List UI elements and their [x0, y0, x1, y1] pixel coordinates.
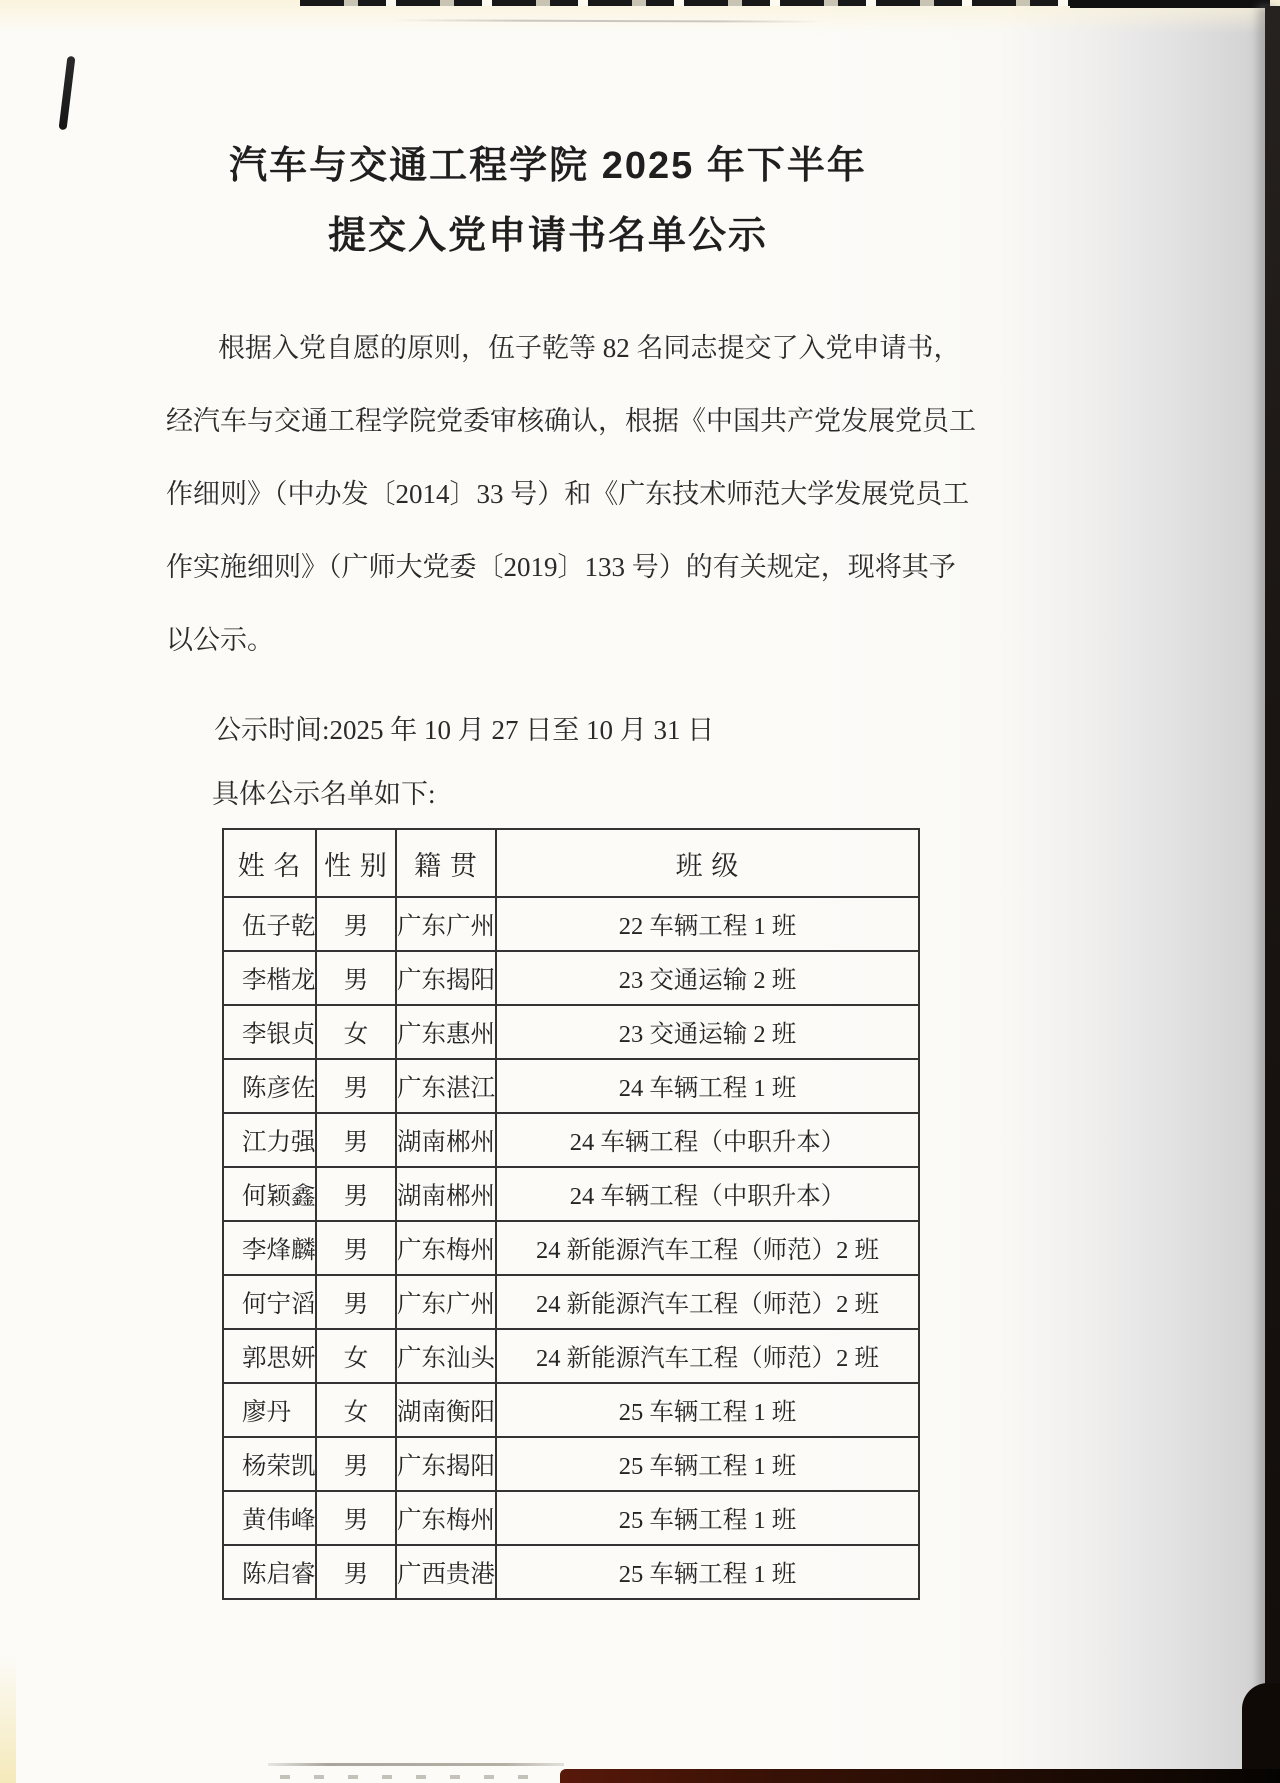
scan-bottom-right-artifact: [1242, 1683, 1280, 1783]
cell-gender: 男: [316, 1275, 396, 1329]
table-row: 李银贞 女 广东惠州 23 交通运输 2 班: [223, 1005, 919, 1059]
cell-name: 江力强: [223, 1113, 316, 1167]
cell-origin: 广东揭阳: [396, 1437, 496, 1491]
cell-origin: 广东揭阳: [396, 951, 496, 1005]
cell-origin: 湖南郴州: [396, 1113, 496, 1167]
cell-class: 25 车辆工程 1 班: [496, 1383, 919, 1437]
table-row: 郭思妍 女 广东汕头 24 新能源汽车工程（师范）2 班: [223, 1329, 919, 1383]
cell-gender: 男: [316, 1113, 396, 1167]
header-class: 班 级: [496, 829, 919, 897]
cell-name: 陈启睿: [223, 1545, 316, 1599]
cell-origin: 广东广州: [396, 897, 496, 951]
cell-class: 24 新能源汽车工程（师范）2 班: [496, 1329, 919, 1383]
cell-gender: 男: [316, 1167, 396, 1221]
cell-gender: 男: [316, 1545, 396, 1599]
cell-name: 李烽麟: [223, 1221, 316, 1275]
cell-class: 25 车辆工程 1 班: [496, 1545, 919, 1599]
cell-origin: 广东梅州: [396, 1221, 496, 1275]
cell-origin: 广东湛江: [396, 1059, 496, 1113]
body-line: 经汽车与交通工程学院党委审核确认，根据《中国共产党发展党员工: [166, 385, 981, 458]
cell-class: 25 车辆工程 1 班: [496, 1491, 919, 1545]
header-origin: 籍 贯: [396, 829, 496, 897]
cell-class: 23 交通运输 2 班: [496, 951, 919, 1005]
cell-class: 24 车辆工程（中职升本）: [496, 1113, 919, 1167]
cell-gender: 男: [316, 897, 396, 951]
cell-gender: 女: [316, 1383, 396, 1437]
cell-gender: 男: [316, 1491, 396, 1545]
notice-body-paragraph: 根据入党自愿的原则，伍子乾等 82 名同志提交了入党申请书， 经汽车与交通工程学…: [166, 312, 981, 677]
table-row: 陈彦佐 男 广东湛江 24 车辆工程 1 班: [223, 1059, 919, 1113]
cell-origin: 湖南郴州: [396, 1167, 496, 1221]
table-row: 伍子乾 男 广东广州 22 车辆工程 1 班: [223, 897, 919, 951]
table-row: 李烽麟 男 广东梅州 24 新能源汽车工程（师范）2 班: [223, 1221, 919, 1275]
scan-bottom-edge-artifact: [560, 1769, 1280, 1783]
cell-name: 杨荣凯: [223, 1437, 316, 1491]
table-row: 黄伟峰 男 广东梅州 25 车辆工程 1 班: [223, 1491, 919, 1545]
scan-left-edge-tint: [0, 1653, 16, 1783]
table-row: 杨荣凯 男 广东揭阳 25 车辆工程 1 班: [223, 1437, 919, 1491]
notice-title-line1: 汽车与交通工程学院 2025 年下半年: [0, 134, 1096, 189]
scan-right-edge-shadow: [1265, 6, 1280, 1783]
cell-name: 陈彦佐: [223, 1059, 316, 1113]
cell-class: 23 交通运输 2 班: [496, 1005, 919, 1059]
cell-gender: 男: [316, 1437, 396, 1491]
cell-name: 郭思妍: [223, 1329, 316, 1383]
cell-name: 李银贞: [223, 1005, 316, 1059]
cell-name: 伍子乾: [223, 897, 316, 951]
table-row: 何颖鑫 男 湖南郴州 24 车辆工程（中职升本）: [223, 1167, 919, 1221]
scan-top-right-edge-artifact: [1070, 0, 1270, 8]
table-row: 李楷龙 男 广东揭阳 23 交通运输 2 班: [223, 951, 919, 1005]
cell-origin: 广东广州: [396, 1275, 496, 1329]
cell-class: 24 车辆工程 1 班: [496, 1059, 919, 1113]
cell-origin: 广东梅州: [396, 1491, 496, 1545]
cell-class: 24 新能源汽车工程（师范）2 班: [496, 1221, 919, 1275]
cell-gender: 男: [316, 951, 396, 1005]
cell-name: 廖丹: [223, 1383, 316, 1437]
header-gender: 性 别: [316, 829, 396, 897]
pen-mark: [59, 56, 76, 130]
body-line: 以公示。: [166, 604, 981, 677]
body-line: 作实施细则》（广师大党委〔2019〕133 号）的有关规定，现将其予: [166, 531, 981, 604]
table-row: 廖丹 女 湖南衡阳 25 车辆工程 1 班: [223, 1383, 919, 1437]
scan-bottom-dashes-artifact: [280, 1775, 530, 1779]
cell-class: 24 车辆工程（中职升本）: [496, 1167, 919, 1221]
scan-bottom-line-artifact: [268, 1763, 564, 1766]
cell-name: 李楷龙: [223, 951, 316, 1005]
cell-origin: 广西贵港: [396, 1545, 496, 1599]
cell-name: 黄伟峰: [223, 1491, 316, 1545]
cell-origin: 广东惠州: [396, 1005, 496, 1059]
list-intro-text: 具体公示名单如下:: [212, 774, 436, 814]
notice-title-line2: 提交入党申请书名单公示: [0, 204, 1096, 259]
scanned-document-page: 汽车与交通工程学院 2025 年下半年 提交入党申请书名单公示 根据入党自愿的原…: [0, 0, 1280, 1783]
header-name: 姓 名: [223, 829, 316, 897]
cell-class: 25 车辆工程 1 班: [496, 1437, 919, 1491]
cell-origin: 湖南衡阳: [396, 1383, 496, 1437]
cell-origin: 广东汕头: [396, 1329, 496, 1383]
cell-gender: 男: [316, 1221, 396, 1275]
cell-gender: 男: [316, 1059, 396, 1113]
table-row: 何宁滔 男 广东广州 24 新能源汽车工程（师范）2 班: [223, 1275, 919, 1329]
table-row: 陈启睿 男 广西贵港 25 车辆工程 1 班: [223, 1545, 919, 1599]
cell-name: 何宁滔: [223, 1275, 316, 1329]
table-row: 江力强 男 湖南郴州 24 车辆工程（中职升本）: [223, 1113, 919, 1167]
cell-gender: 女: [316, 1005, 396, 1059]
roster-table: 姓 名 性 别 籍 贯 班 级 伍子乾 男 广东广州 22 车辆工程 1 班 李…: [222, 828, 920, 1600]
publicity-period-text: 公示时间:2025 年 10 月 27 日至 10 月 31 日: [214, 710, 714, 750]
body-line: 作细则》（中办发〔2014〕33 号）和《广东技术师范大学发展党员工: [166, 458, 981, 531]
cell-gender: 女: [316, 1329, 396, 1383]
table-header-row: 姓 名 性 别 籍 贯 班 级: [223, 829, 919, 897]
cell-name: 何颖鑫: [223, 1167, 316, 1221]
scan-scratch-mark: [392, 19, 822, 23]
body-line: 根据入党自愿的原则，伍子乾等 82 名同志提交了入党申请书，: [166, 312, 981, 385]
cell-class: 24 新能源汽车工程（师范）2 班: [496, 1275, 919, 1329]
cell-class: 22 车辆工程 1 班: [496, 897, 919, 951]
